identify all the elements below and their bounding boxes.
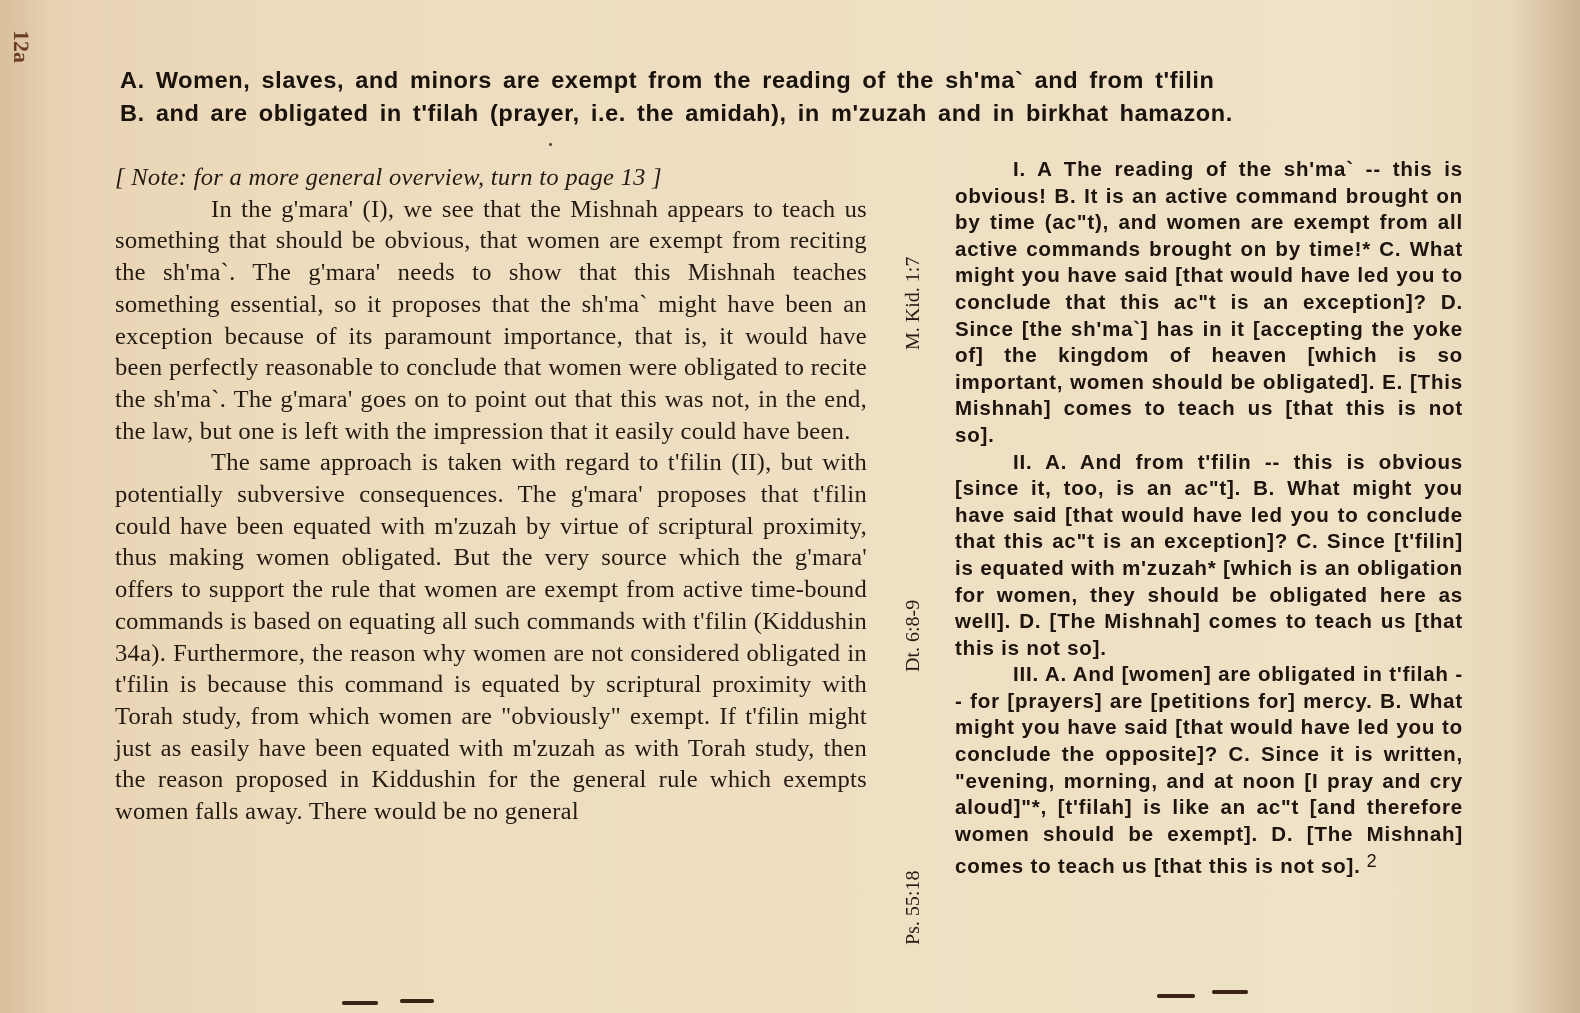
footnote-marker: 2 bbox=[1367, 851, 1378, 871]
mishnah-line-a: A. Women, slaves, and minors are exempt … bbox=[120, 64, 1420, 97]
margin-reference: Dt. 6:8-9 bbox=[902, 600, 925, 672]
commentary-column: [ Note: for a more general overview, tur… bbox=[115, 162, 867, 828]
print-mark bbox=[1212, 990, 1248, 994]
print-mark bbox=[1157, 994, 1195, 998]
gmara-column: I. A The reading of the sh'ma` -- this i… bbox=[955, 157, 1463, 881]
overview-note: [ Note: for a more general overview, tur… bbox=[115, 162, 867, 194]
ink-dot bbox=[549, 143, 552, 146]
gmara-section-i: I. A The reading of the sh'ma` -- this i… bbox=[955, 157, 1463, 450]
print-mark bbox=[400, 999, 434, 1003]
margin-reference: M. Kid. 1:7 bbox=[902, 257, 925, 350]
commentary-paragraph: The same approach is taken with regard t… bbox=[115, 447, 867, 827]
gmara-section-iii-text: III. A. And [women] are obligated in t'f… bbox=[955, 663, 1463, 878]
mishnah-text: A. Women, slaves, and minors are exempt … bbox=[120, 64, 1420, 130]
margin-reference: Ps. 55:18 bbox=[902, 871, 925, 945]
gmara-section-ii: II. A. And from t'filin -- this is obvio… bbox=[955, 450, 1463, 663]
commentary-paragraph: In the g'mara' (I), we see that the Mish… bbox=[115, 194, 867, 448]
page-number: 12a bbox=[8, 30, 34, 63]
mishnah-line-b: B. and are obligated in t'filah (prayer,… bbox=[120, 97, 1420, 130]
print-mark bbox=[342, 1001, 378, 1005]
gmara-section-iii: III. A. And [women] are obligated in t'f… bbox=[955, 662, 1463, 881]
